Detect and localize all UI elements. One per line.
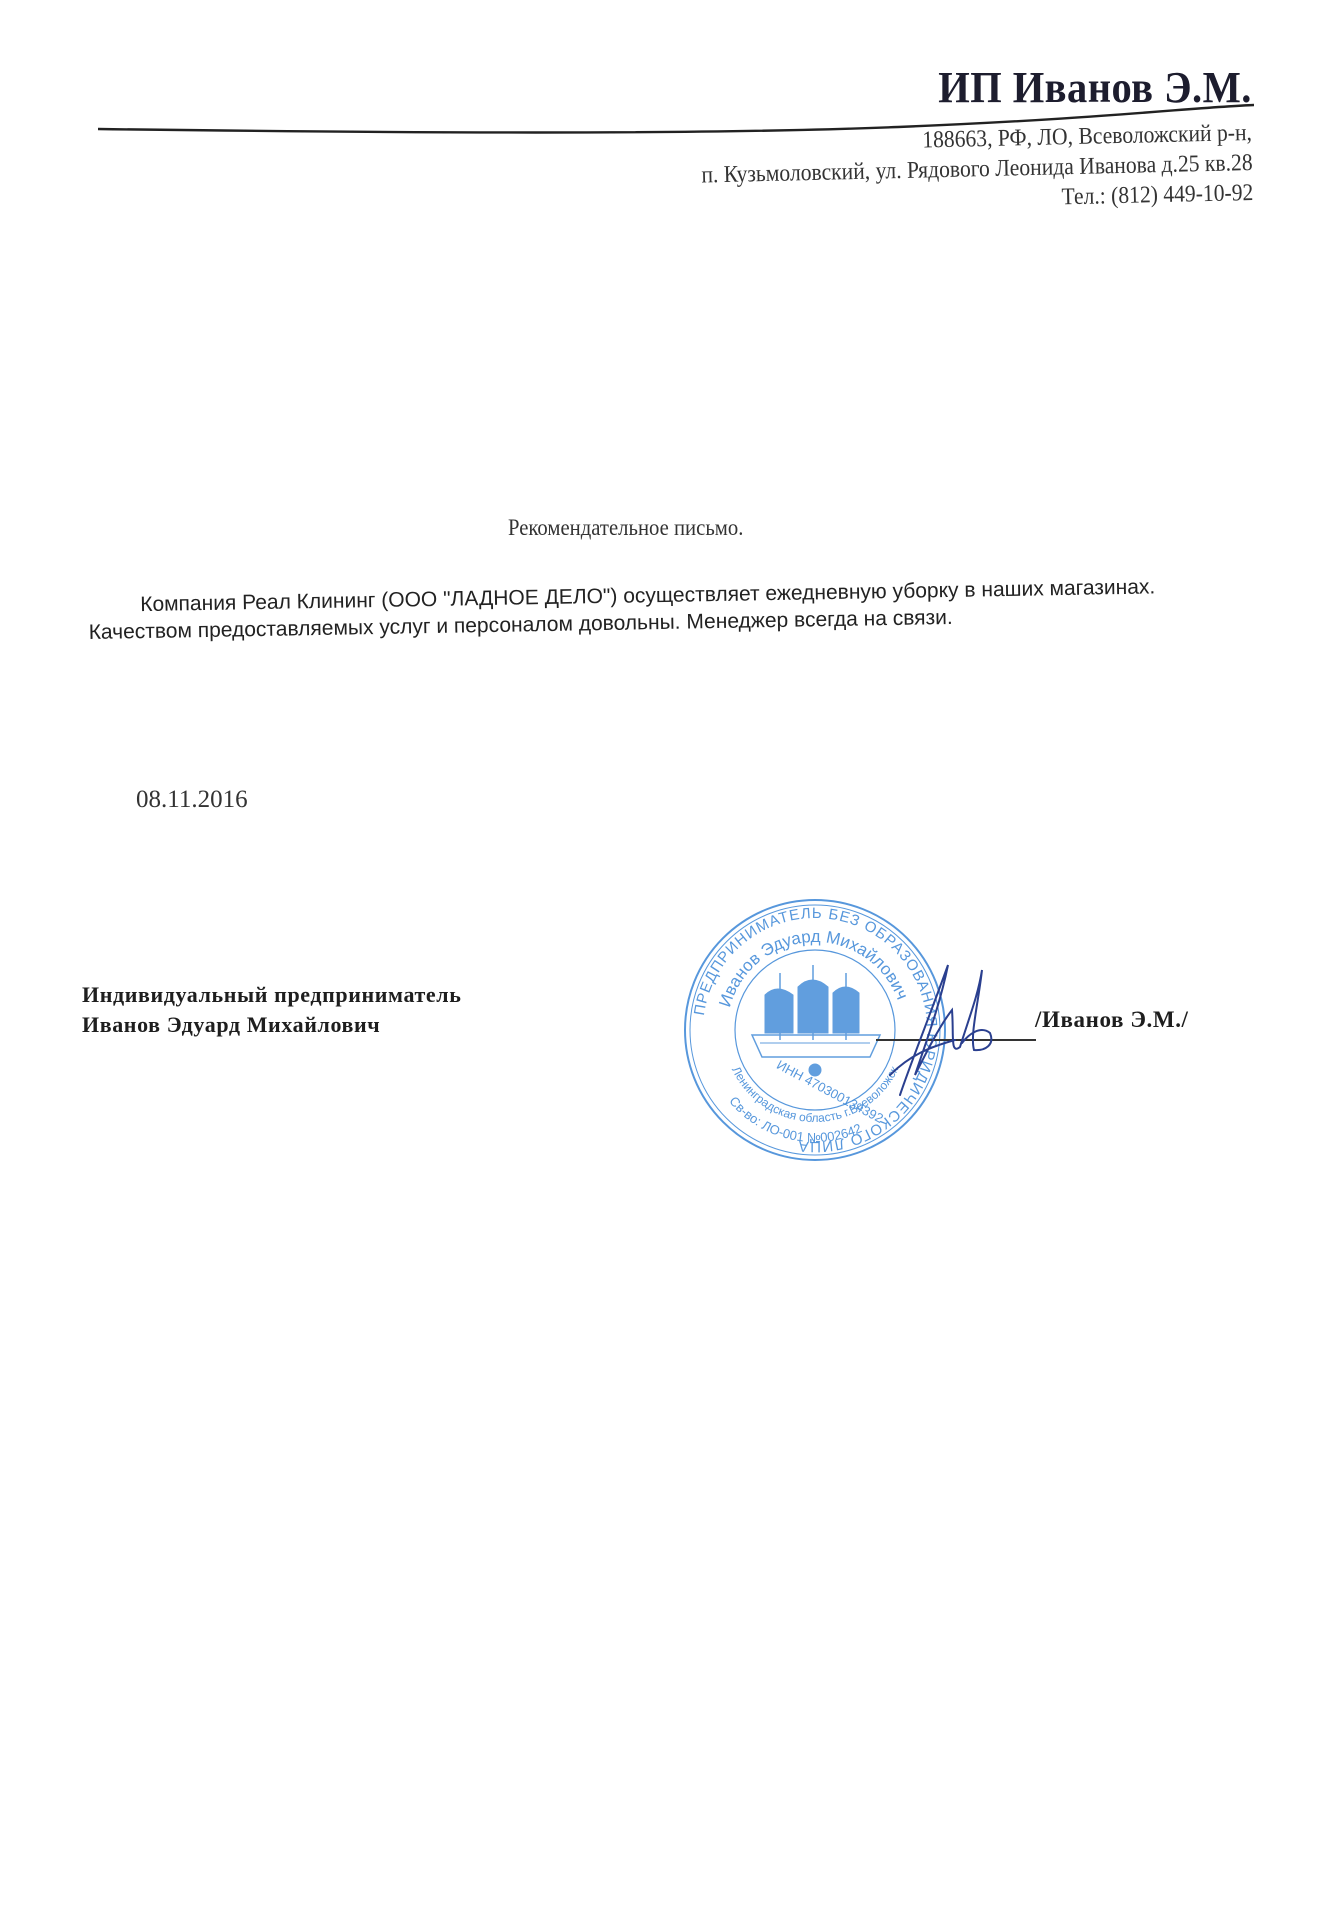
letterhead-address: 188663, РФ, ЛО, Всеволожский р-н, п. Куз… — [640, 118, 1254, 222]
document-title: Рекомендательное письмо. — [508, 515, 743, 541]
signer-full-name: Иванов Эдуард Михайлович — [82, 1010, 461, 1040]
letter-date: 08.11.2016 — [136, 786, 248, 814]
letter-body: Компания Реал Клининг (ООО "ЛАДНОЕ ДЕЛО"… — [88, 573, 1199, 646]
handwritten-signature — [870, 955, 1010, 1115]
signature-name: /Иванов Э.М./ — [1035, 1007, 1189, 1033]
signer-block: Индивидуальный предприниматель Иванов Эд… — [82, 980, 461, 1040]
signer-position: Индивидуальный предприниматель — [82, 980, 461, 1010]
ship-emblem-icon — [752, 965, 880, 1076]
